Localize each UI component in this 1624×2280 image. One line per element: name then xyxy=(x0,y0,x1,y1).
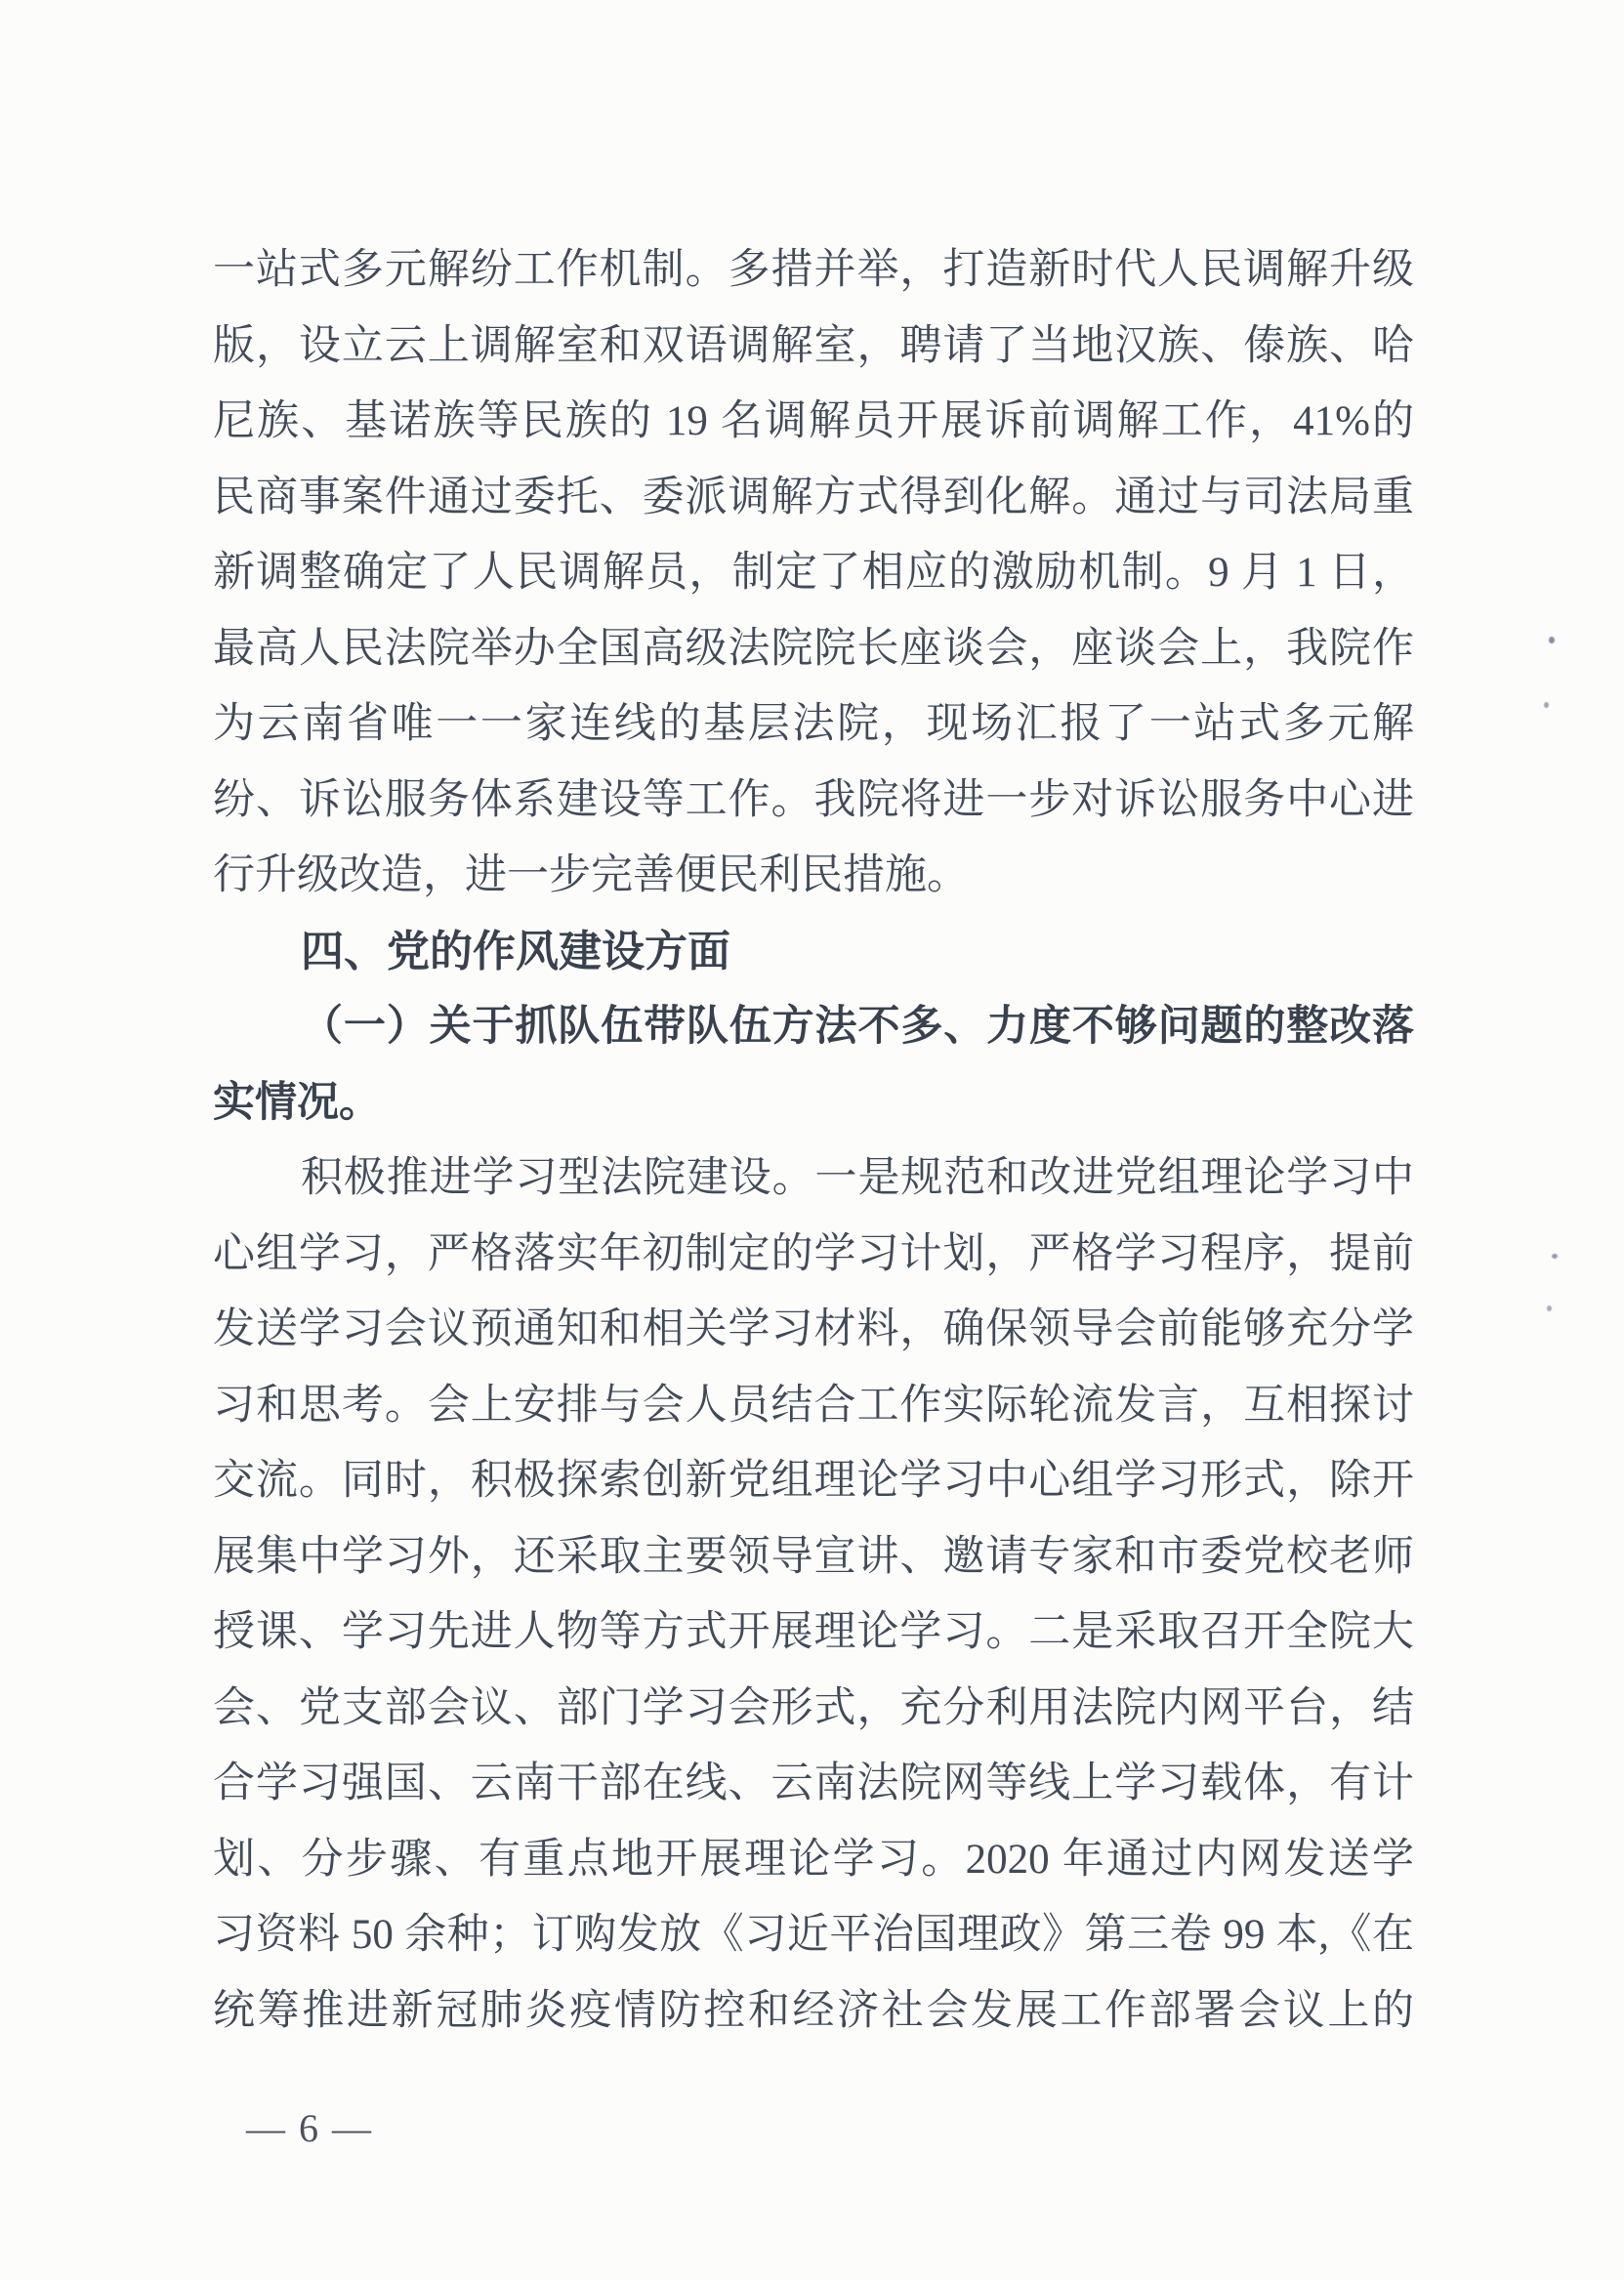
scan-speck xyxy=(1552,1254,1558,1259)
text-line: 一站式多元解纷工作机制。多措并举，打造新时代人民调解升级 xyxy=(213,232,1414,309)
text-line: 积极推进学习型法院建设。一是规范和改进党组理论学习中 xyxy=(213,1140,1414,1217)
text-line: 为云南省唯一一家连线的基层法院，现场汇报了一站式多元解 xyxy=(213,686,1414,763)
text-line: 展集中学习外，还采取主要领导宣讲、邀请专家和市委党校老师 xyxy=(213,1519,1414,1596)
text-line: 最高人民法院举办全国高级法院院长座谈会，座谈会上，我院作 xyxy=(213,611,1414,687)
text-line: 划、分步骤、有重点地开展理论学习。2020 年通过内网发送学 xyxy=(213,1822,1414,1898)
text-line: 纷、诉讼服务体系建设等工作。我院将进一步对诉讼服务中心进 xyxy=(213,763,1414,839)
text-line: 发送学习会议预通知和相关学习材料，确保领导会前能够充分学 xyxy=(213,1292,1414,1368)
text-line: 习和思考。会上安排与会人员结合工作实际轮流发言，互相探讨 xyxy=(213,1368,1414,1444)
scan-speck xyxy=(1549,637,1555,643)
scanned-document-page: 一站式多元解纷工作机制。多措并举，打造新时代人民调解升级 版，设立云上调解室和双… xyxy=(0,0,1624,2280)
text-line: 统筹推进新冠肺炎疫情防控和经济社会发展工作部署会议上的 xyxy=(213,1973,1414,2050)
page-number: — 6 — xyxy=(246,2107,373,2150)
text-line: 行升级改造，进一步完善便民利民措施。 xyxy=(213,838,1414,914)
section-heading: 四、党的作风建设方面 xyxy=(213,914,1414,990)
text-line: 心组学习，严格落实年初制定的学习计划，严格学习程序，提前 xyxy=(213,1217,1414,1293)
scan-speck xyxy=(1544,702,1549,708)
text-line: 版，设立云上调解室和双语调解室，聘请了当地汉族、傣族、哈 xyxy=(213,309,1414,385)
text-line: 交流。同时，积极探索创新党组理论学习中心组学习形式，除开 xyxy=(213,1443,1414,1519)
document-body-text: 一站式多元解纷工作机制。多措并举，打造新时代人民调解升级 版，设立云上调解室和双… xyxy=(213,232,1414,2049)
text-line: 民商事案件通过委托、委派调解方式得到化解。通过与司法局重 xyxy=(213,460,1414,536)
scan-speck xyxy=(1547,1306,1552,1311)
text-line: 新调整确定了人民调解员，制定了相应的激励机制。9 月 1 日， xyxy=(213,535,1414,611)
text-line: 尼族、基诺族等民族的 19 名调解员开展诉前调解工作，41%的 xyxy=(213,384,1414,460)
subsection-heading-line: （一）关于抓队伍带队伍方法不多、力度不够问题的整改落 xyxy=(213,989,1414,1065)
text-line: 合学习强国、云南干部在线、云南法院网等线上学习载体，有计 xyxy=(213,1746,1414,1822)
text-line: 授课、学习先进人物等方式开展理论学习。二是采取召开全院大 xyxy=(213,1595,1414,1671)
text-line: 会、党支部会议、部门学习会形式，充分利用法院内网平台，结 xyxy=(213,1671,1414,1747)
text-line: 习资料 50 余种；订购发放《习近平治国理政》第三卷 99 本,《在 xyxy=(213,1897,1414,1973)
subsection-heading-line: 实情况。 xyxy=(213,1065,1414,1141)
